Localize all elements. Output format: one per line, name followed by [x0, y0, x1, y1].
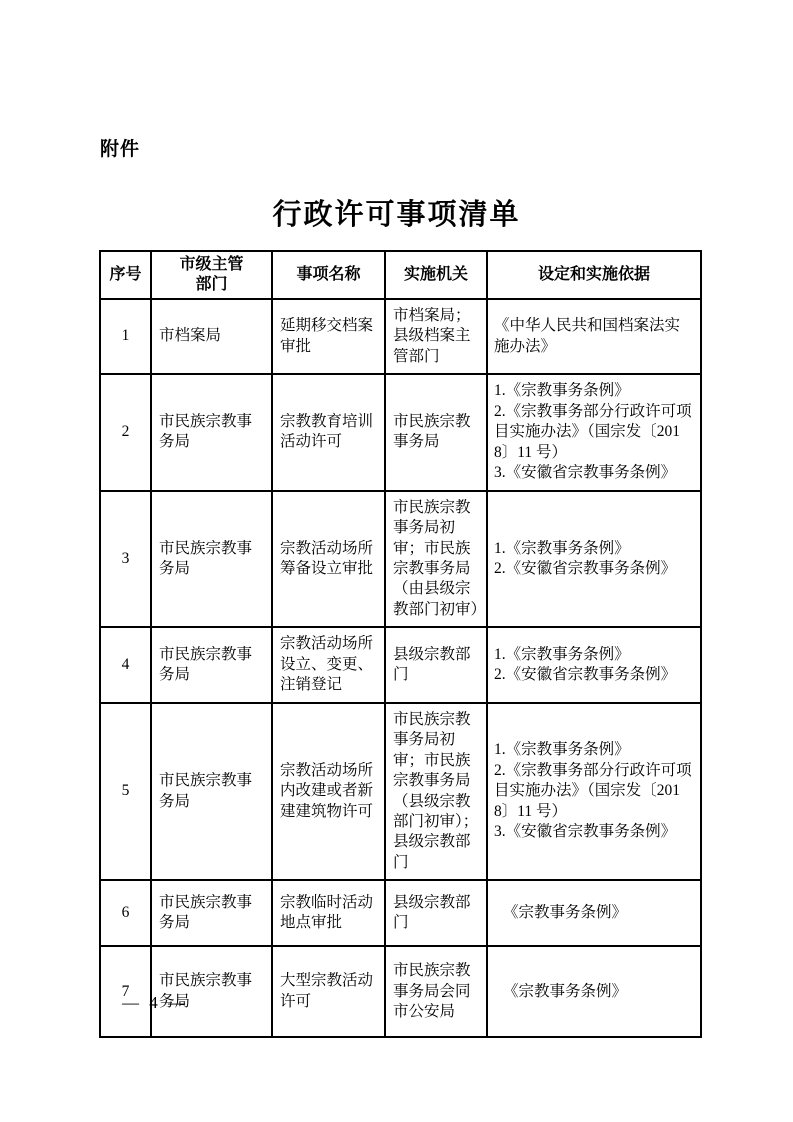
table-row: 1 市档案局 延期移交档案审批 市档案局；县级档案主管部门 《中华人民共和国档案… — [100, 299, 701, 374]
cell-basis: 1.《宗教事务条例》 2.《宗教事务部分行政许可项目实施办法》（国宗发〔2018… — [487, 703, 701, 881]
cell-serial: 5 — [100, 703, 151, 881]
cell-item-name: 大型宗教活动许可 — [272, 946, 385, 1037]
cell-basis: 1.《宗教事务条例》 2.《安徽省宗教事务条例》 — [487, 491, 701, 628]
cell-department: 市民族宗教事务局 — [151, 703, 272, 881]
cell-department: 市档案局 — [151, 299, 272, 374]
cell-agency: 市档案局；县级档案主管部门 — [385, 299, 487, 374]
cell-item-name: 延期移交档案审批 — [272, 299, 385, 374]
cell-item-name: 宗教活动场所设立、变更、注销登记 — [272, 627, 385, 702]
cell-agency: 市民族宗教事务局会同市公安局 — [385, 946, 487, 1037]
document-page: 附件 行政许可事项清单 序号 市级主管 部门 事项名称 实施机关 设定和实施依据… — [0, 0, 793, 1122]
cell-department: 市民族宗教事务局 — [151, 374, 272, 490]
table-header-row: 序号 市级主管 部门 事项名称 实施机关 设定和实施依据 — [100, 251, 701, 299]
table-row: 5 市民族宗教事务局 宗教活动场所内改建或者新建建筑物许可 市民族宗教事务局初审… — [100, 703, 701, 881]
cell-agency: 市民族宗教事务局初审；市民族宗教事务局（由县级宗教部门初审） — [385, 491, 487, 628]
cell-serial: 4 — [100, 627, 151, 702]
cell-item-name: 宗教临时活动地点审批 — [272, 880, 385, 946]
cell-department: 市民族宗教事务局 — [151, 946, 272, 1037]
column-header-item-name: 事项名称 — [272, 251, 385, 299]
document-title: 行政许可事项清单 — [0, 192, 793, 233]
cell-agency: 市民族宗教事务局 — [385, 374, 487, 490]
cell-department: 市民族宗教事务局 — [151, 627, 272, 702]
cell-serial: 2 — [100, 374, 151, 490]
cell-basis: 《宗教事务条例》 — [487, 946, 701, 1037]
table-row: 6 市民族宗教事务局 宗教临时活动地点审批 县级宗教部门 《宗教事务条例》 — [100, 880, 701, 946]
page-number: — 4 — — [122, 993, 188, 1013]
licensing-table: 序号 市级主管 部门 事项名称 实施机关 设定和实施依据 1 市档案局 延期移交… — [99, 250, 702, 1038]
cell-serial: 6 — [100, 880, 151, 946]
cell-item-name: 宗教活动场所筹备设立审批 — [272, 491, 385, 628]
cell-serial: 7 — [100, 946, 151, 1037]
cell-serial: 3 — [100, 491, 151, 628]
cell-item-name: 宗教活动场所内改建或者新建建筑物许可 — [272, 703, 385, 881]
column-header-serial: 序号 — [100, 251, 151, 299]
table-row: 2 市民族宗教事务局 宗教教育培训活动许可 市民族宗教事务局 1.《宗教事务条例… — [100, 374, 701, 490]
cell-department: 市民族宗教事务局 — [151, 880, 272, 946]
attachment-label: 附件 — [100, 134, 140, 161]
cell-agency: 县级宗教部门 — [385, 627, 487, 702]
cell-serial: 1 — [100, 299, 151, 374]
table-row: 7 市民族宗教事务局 大型宗教活动许可 市民族宗教事务局会同市公安局 《宗教事务… — [100, 946, 701, 1037]
cell-basis: 1.《宗教事务条例》 2.《宗教事务部分行政许可项目实施办法》（国宗发〔2018… — [487, 374, 701, 490]
cell-department: 市民族宗教事务局 — [151, 491, 272, 628]
cell-basis: 《中华人民共和国档案法实施办法》 — [487, 299, 701, 374]
column-header-agency: 实施机关 — [385, 251, 487, 299]
table-row: 4 市民族宗教事务局 宗教活动场所设立、变更、注销登记 县级宗教部门 1.《宗教… — [100, 627, 701, 702]
cell-agency: 县级宗教部门 — [385, 880, 487, 946]
cell-item-name: 宗教教育培训活动许可 — [272, 374, 385, 490]
cell-basis: 1.《宗教事务条例》 2.《安徽省宗教事务条例》 — [487, 627, 701, 702]
cell-basis: 《宗教事务条例》 — [487, 880, 701, 946]
column-header-department: 市级主管 部门 — [151, 251, 272, 299]
table-row: 3 市民族宗教事务局 宗教活动场所筹备设立审批 市民族宗教事务局初审；市民族宗教… — [100, 491, 701, 628]
column-header-basis: 设定和实施依据 — [487, 251, 701, 299]
cell-agency: 市民族宗教事务局初审；市民族宗教事务局（县级宗教部门初审）；县级宗教部门 — [385, 703, 487, 881]
